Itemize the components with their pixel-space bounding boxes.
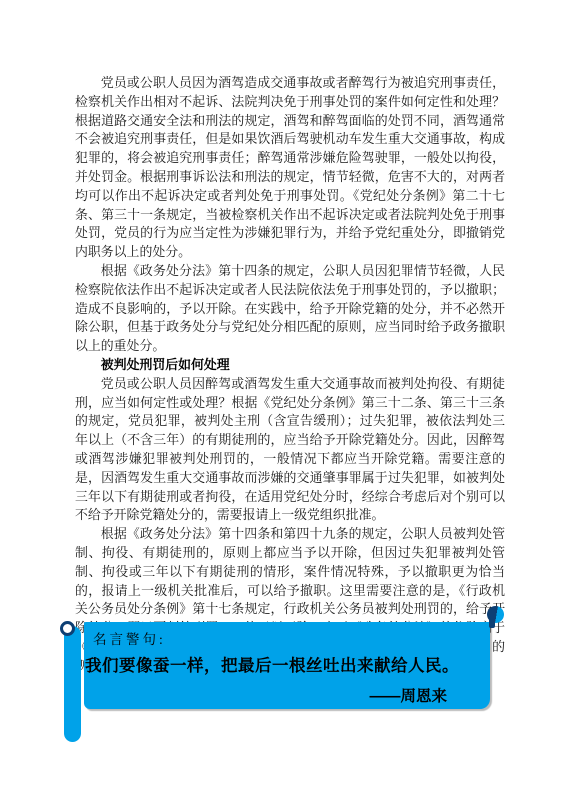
book-page: 党员或公职人员因为酒驾造成交通事故或者醉驾行为被追究刑事责任，检察机关作出相对不… [0, 0, 565, 800]
paragraph-sentenced-party: 党员或公职人员因醉驾或酒驾发生重大交通事故而被判处拘役、有期徒刑，应当如何定性或… [75, 375, 505, 525]
paragraph-liability: 党员或公职人员因为酒驾造成交通事故或者醉驾行为被追究刑事责任，检察机关作出相对不… [75, 74, 505, 262]
article-body: 党员或公职人员因为酒驾造成交通事故或者醉驾行为被追究刑事责任，检察机关作出相对不… [75, 74, 505, 676]
scroll-roll-end-icon [60, 621, 75, 636]
section-heading: 被判处刑罚后如何处理 [75, 356, 505, 375]
scroll-ribbon [64, 626, 81, 742]
quote-banner-label: 名言警句: [93, 628, 166, 648]
quote-text: 我们要像蚕一样，把最后一根丝吐出来献给人民。 [84, 652, 460, 676]
quote-banner: 名言警句: 我们要像蚕一样，把最后一根丝吐出来献给人民。 ——周恩来 [84, 622, 490, 709]
quote-attribution: ——周恩来 [369, 684, 447, 706]
paragraph-zhengwu-rule: 根据《政务处分法》第十四条的规定，公职人员因犯罪情节轻微，人民检察院依法作出不起… [75, 262, 505, 356]
scroll-curl-icon [487, 606, 504, 623]
